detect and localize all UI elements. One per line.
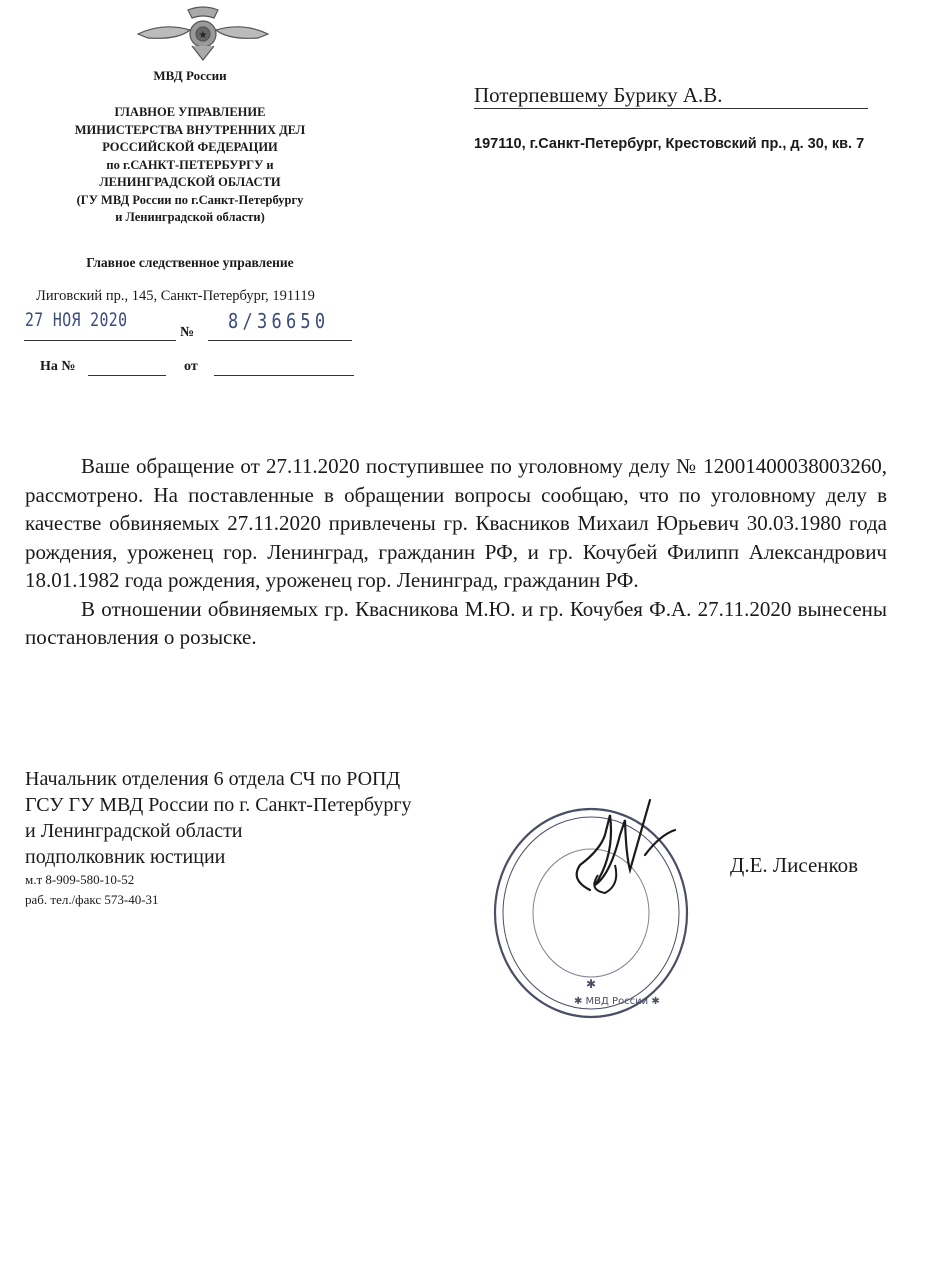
- organization-name: ГЛАВНОЕ УПРАВЛЕНИЕ МИНИСТЕРСТВА ВНУТРЕНН…: [20, 104, 360, 227]
- recipient-name: Потерпевшему Бурику А.В.: [474, 83, 723, 108]
- sender-address: Лиговский пр., 145, Санкт-Петербург, 191…: [36, 288, 315, 305]
- position-line: Начальник отделения 6 отдела СЧ по РОПД: [25, 766, 412, 792]
- number-underline: [208, 340, 352, 341]
- org-line: (ГУ МВД России по г.Санкт-Петербургу: [20, 192, 360, 210]
- body-paragraph: Ваше обращение от 27.11.2020 поступившее…: [25, 452, 887, 595]
- signatory-position: Начальник отделения 6 отдела СЧ по РОПД …: [25, 766, 412, 910]
- org-line: ЛЕНИНГРАДСКОЙ ОБЛАСТИ: [20, 174, 360, 192]
- outgoing-number-stamp: 8/36650: [228, 309, 329, 333]
- org-line: ГЛАВНОЕ УПРАВЛЕНИЕ: [20, 104, 360, 122]
- org-line: по г.САНКТ-ПЕТЕРБУРГУ и: [20, 157, 360, 175]
- handwritten-signature-icon: [560, 795, 700, 915]
- outgoing-date-stamp: 27 НОЯ 2020: [25, 309, 127, 331]
- reply-to-underline: [88, 375, 166, 376]
- recipient-address: 197110, г.Санкт-Петербург, Крестовский п…: [474, 133, 894, 155]
- work-phone: раб. тел./факс 573-40-31: [25, 890, 412, 910]
- number-label: №: [180, 325, 194, 341]
- svg-text:✱: ✱: [586, 977, 596, 991]
- mobile-phone: м.т 8-909-580-10-52: [25, 870, 412, 890]
- letter-body: Ваше обращение от 27.11.2020 поступившее…: [25, 452, 887, 652]
- position-line: и Ленинградской области: [25, 818, 412, 844]
- position-line: ГСУ ГУ МВД России по г. Санкт-Петербургу: [25, 792, 412, 818]
- svg-text:★: ★: [199, 30, 208, 41]
- mvd-emblem-icon: ★: [128, 2, 278, 62]
- position-line: подполковник юстиции: [25, 844, 412, 870]
- org-line: РОССИЙСКОЙ ФЕДЕРАЦИИ: [20, 139, 360, 157]
- seal-text: ✱ МВД России ✱: [574, 996, 660, 1007]
- reply-from-label: от: [184, 359, 198, 375]
- body-paragraph: В отношении обвиняемых гр. Квасникова М.…: [25, 595, 887, 652]
- date-underline: [24, 340, 176, 341]
- department-name: Главное следственное управление: [20, 255, 360, 271]
- signer-name: Д.Е. Лисенков: [730, 853, 858, 878]
- org-line: МИНИСТЕРСТВА ВНУТРЕННИХ ДЕЛ: [20, 122, 360, 140]
- recipient-underline: [474, 108, 868, 109]
- org-line: и Ленинградской области): [20, 209, 360, 227]
- ministry-short-name: МВД России: [20, 68, 360, 84]
- reply-from-underline: [214, 375, 354, 376]
- reply-to-label: На №: [40, 359, 75, 375]
